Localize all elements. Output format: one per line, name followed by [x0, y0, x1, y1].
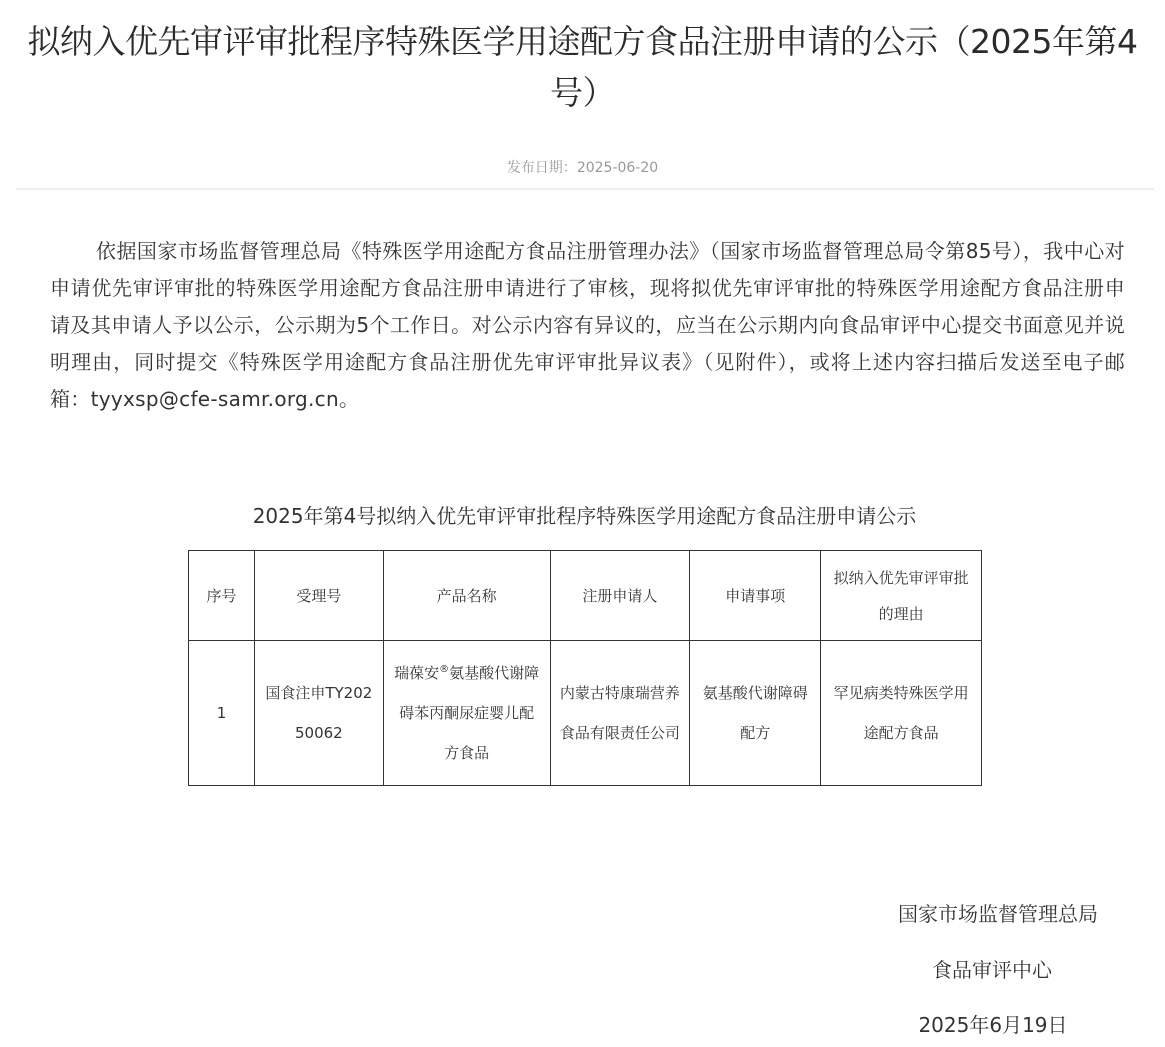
header-divider — [16, 188, 1154, 190]
page-title: 拟纳入优先审评审批程序特殊医学用途配方食品注册申请的公示（2025年第4号） — [10, 16, 1155, 118]
header-application-item: 申请事项 — [690, 551, 821, 641]
signature-date: 2025年6月19日 — [843, 1009, 1143, 1038]
registered-mark: ® — [439, 664, 449, 675]
table-row: 1 国食注申TY20250062 瑞葆安®氨基酸代谢障碍苯丙酮尿症婴儿配方食品 … — [189, 641, 982, 786]
publish-date: 发布日期：2025-06-20 — [0, 157, 1165, 177]
cell-acceptance-no: 国食注申TY20250062 — [254, 641, 383, 786]
header-reason: 拟纳入优先审评审批的理由 — [821, 551, 982, 641]
cell-reason: 罕见病类特殊医学用途配方食品 — [821, 641, 982, 786]
header-applicant: 注册申请人 — [550, 551, 690, 641]
cell-reason-text: 罕见病类特殊医学用途配方食品 — [829, 673, 973, 753]
product-name-prefix: 瑞葆安 — [394, 664, 439, 682]
cell-acceptance-no-text: 国食注申TY20250062 — [263, 673, 375, 753]
table-caption: 2025年第4号拟纳入优先审评审批程序特殊医学用途配方食品注册申请公示 — [0, 500, 1165, 529]
body-paragraph: 依据国家市场监督管理总局《特殊医学用途配方食品注册管理办法》（国家市场监督管理总… — [50, 233, 1125, 418]
cell-application-item-text: 氨基酸代谢障碍配方 — [698, 673, 812, 753]
cell-product-name: 瑞葆安®氨基酸代谢障碍苯丙酮尿症婴儿配方食品 — [383, 641, 550, 786]
header-reason-text: 拟纳入优先审评审批的理由 — [833, 560, 969, 632]
cell-index: 1 — [189, 641, 255, 786]
signature-authority: 国家市场监督管理总局 — [848, 898, 1148, 927]
cell-application-item: 氨基酸代谢障碍配方 — [690, 641, 821, 786]
publish-date-value: 2025-06-20 — [577, 160, 658, 176]
header-index: 序号 — [189, 551, 255, 641]
header-product-name: 产品名称 — [383, 551, 550, 641]
notice-table: 序号 受理号 产品名称 注册申请人 申请事项 拟纳入优先审评审批的理由 1 国食… — [188, 550, 982, 786]
cell-applicant-text: 内蒙古特康瑞营养食品有限责任公司 — [559, 673, 682, 753]
cell-applicant: 内蒙古特康瑞营养食品有限责任公司 — [550, 641, 690, 786]
cell-product-name-text: 瑞葆安®氨基酸代谢障碍苯丙酮尿症婴儿配方食品 — [392, 653, 542, 773]
table-header-row: 序号 受理号 产品名称 注册申请人 申请事项 拟纳入优先审评审批的理由 — [189, 551, 982, 641]
signature-center: 食品审评中心 — [842, 954, 1142, 983]
publish-date-label: 发布日期： — [507, 160, 577, 176]
header-acceptance-no: 受理号 — [254, 551, 383, 641]
